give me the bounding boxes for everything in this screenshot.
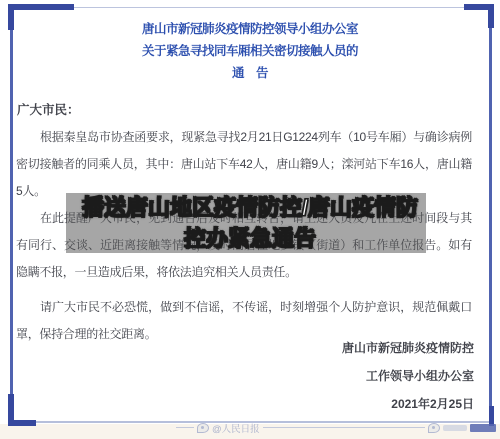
overlay-caption-line-2: 控办紧急通告: [0, 223, 500, 254]
watermark-right-illegible-text: [443, 425, 467, 431]
watermark-right-badge: [470, 424, 496, 432]
weibo-eye-icon: [197, 423, 209, 433]
weibo-eye-icon-right: [428, 423, 440, 433]
overlay-caption: 播送唐山地区疫情防控/唐山疫情防 控办紧急通告: [0, 192, 500, 254]
notice-title: 唐山市新冠肺炎疫情防控领导小组办公室 关于紧急寻找同车厢相关密切接触人员的 通 …: [0, 18, 500, 84]
signature-line-1: 唐山市新冠肺炎疫情防控: [342, 334, 474, 362]
watermark-rule-middle: [263, 427, 425, 428]
salutation: 广大市民：: [17, 100, 80, 118]
signature-line-2: 工作领导小组办公室: [342, 362, 474, 390]
overlay-caption-line-1: 播送唐山地区疫情防控/唐山疫情防: [0, 192, 500, 223]
screenshot-canvas: 唐山市新冠肺炎疫情防控领导小组办公室 关于紧急寻找同车厢相关密切接触人员的 通 …: [0, 0, 500, 439]
watermark-center-text: @人民日报: [212, 421, 260, 435]
corner-accent-bottom-left-v: [8, 394, 14, 426]
corner-accent-top-left: [8, 4, 74, 10]
watermark-rule-left: [176, 427, 194, 428]
notice-title-line-2: 关于紧急寻找同车厢相关密切接触人员的: [0, 40, 500, 62]
watermark-row: @人民日报: [176, 421, 496, 434]
signature-date: 2021年2月25日: [342, 390, 474, 418]
notice-title-line-1: 唐山市新冠肺炎疫情防控领导小组办公室: [0, 18, 500, 40]
signature-block: 唐山市新冠肺炎疫情防控 工作领导小组办公室 2021年2月25日: [342, 334, 474, 418]
notice-title-line-3: 通 告: [0, 62, 500, 84]
